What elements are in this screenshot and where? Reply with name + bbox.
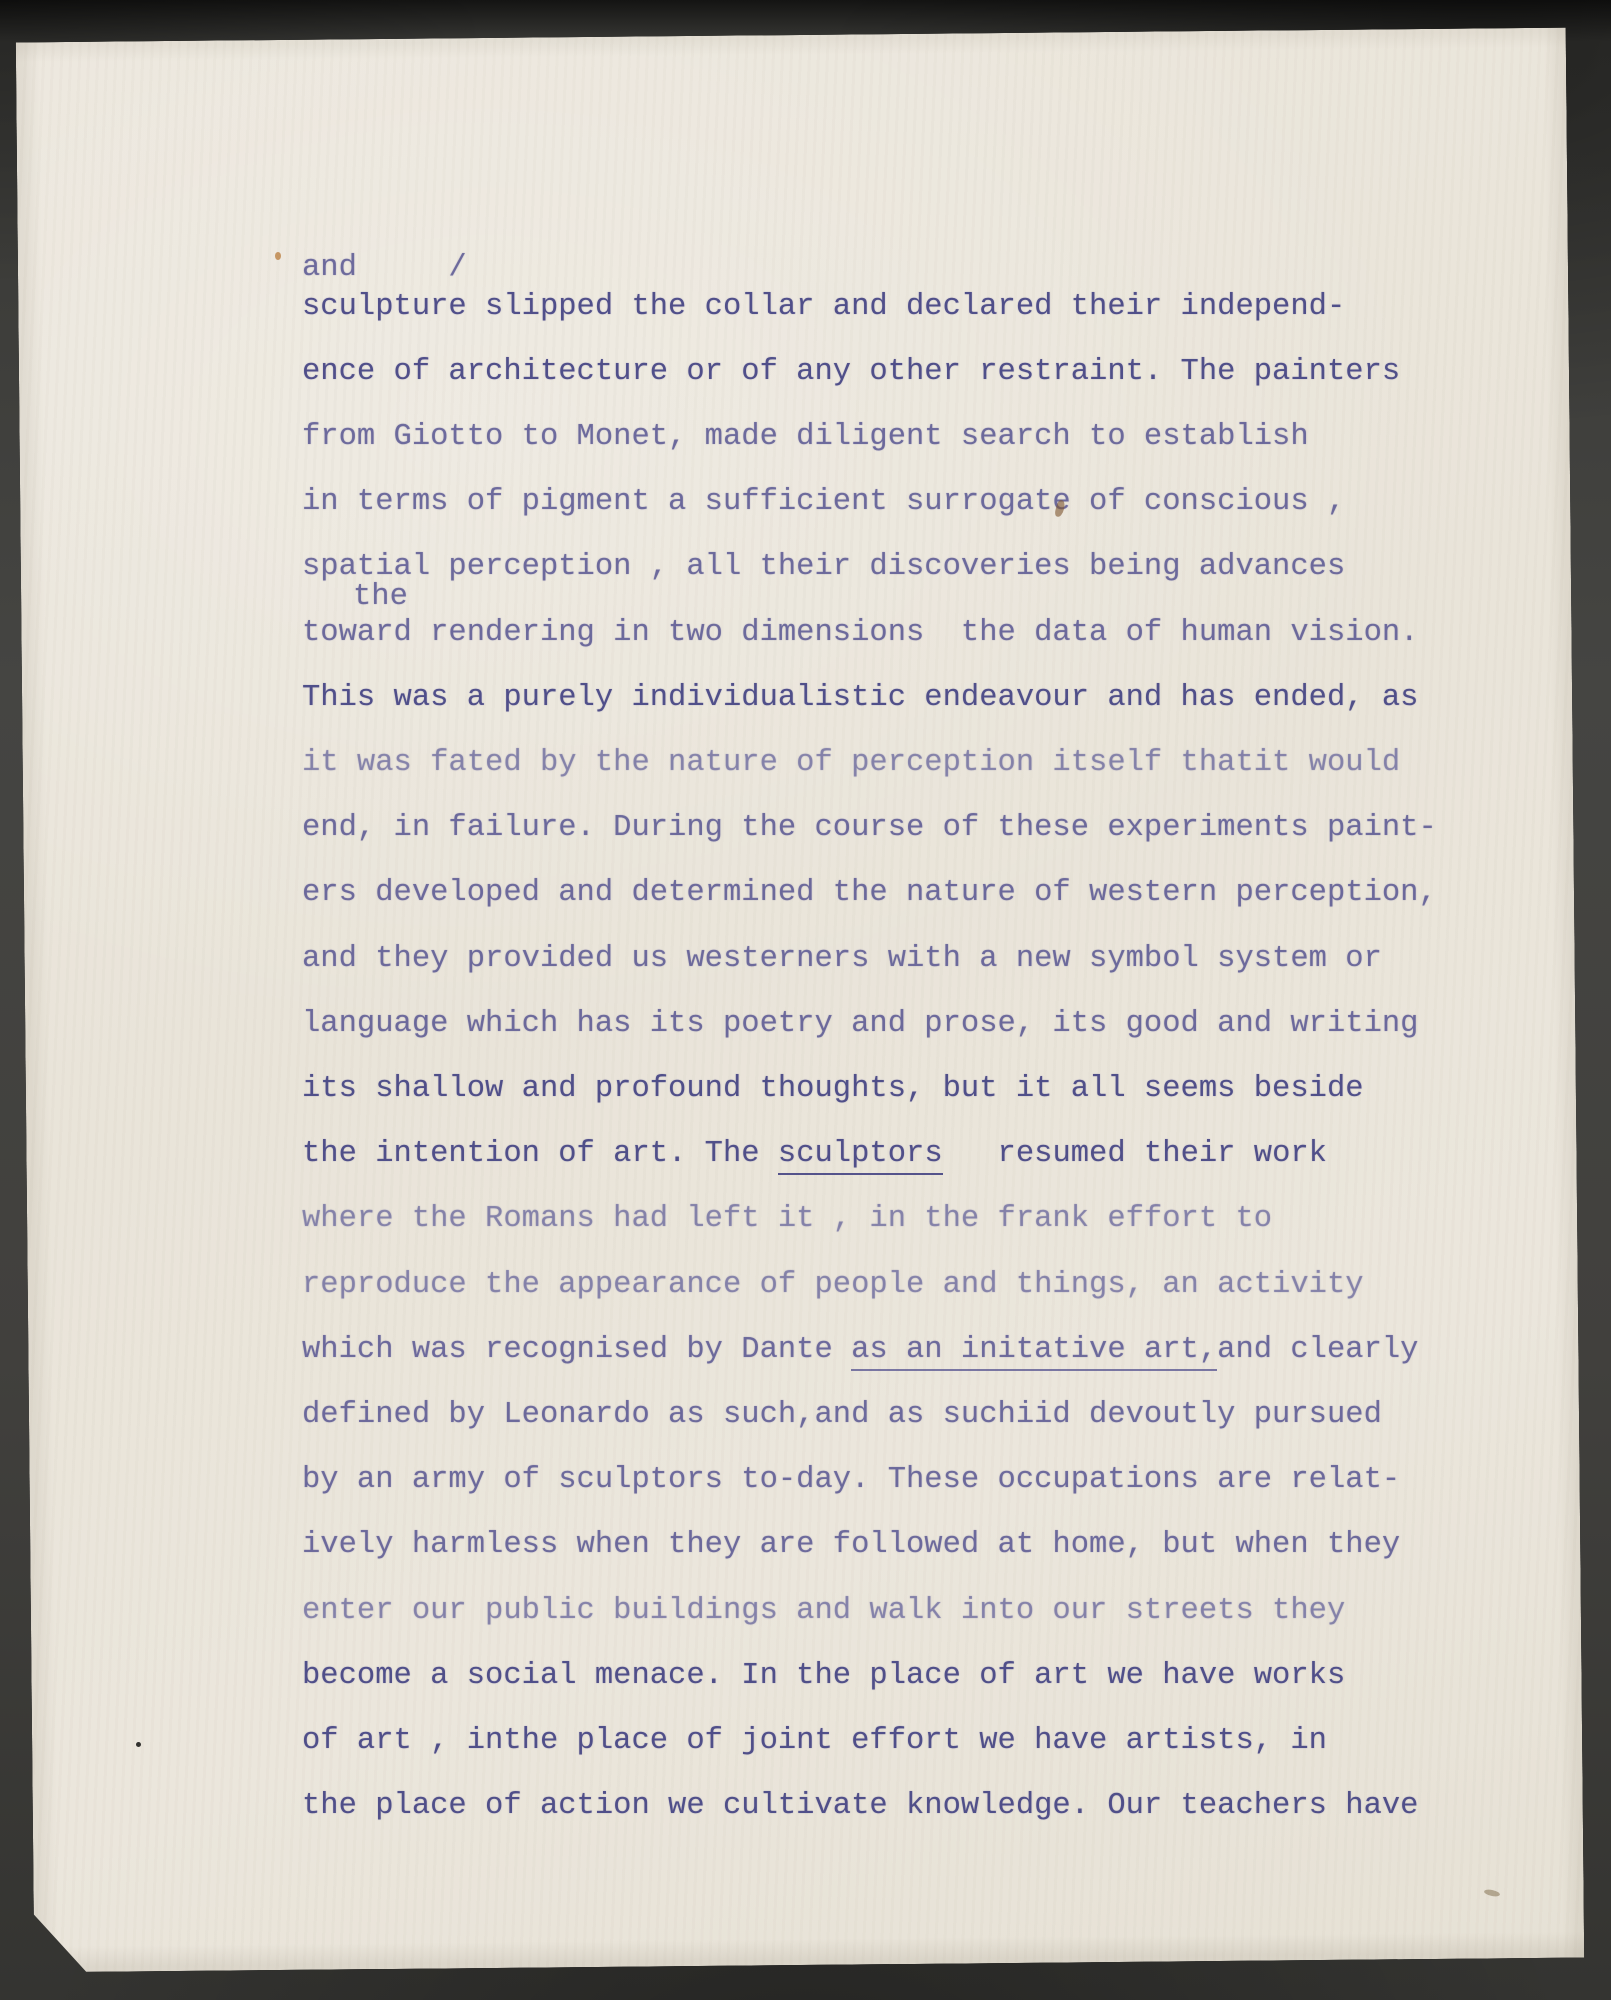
text-line: become a social menace. In the place of …	[302, 1661, 1345, 1692]
text-line: from Giotto to Monet, made diligent sear…	[302, 422, 1309, 453]
underlined-word-sculptors: sculptors	[778, 1137, 943, 1175]
inserted-word-the: the	[353, 582, 408, 613]
text-line: defined by Leonardo as such,and as suchi…	[302, 1400, 1382, 1431]
text-line: This was a purely individualistic endeav…	[302, 683, 1418, 714]
text-line: sculpture slipped the collar and declare…	[302, 292, 1345, 323]
text-line: ence of architecture or of any other res…	[302, 357, 1400, 388]
text-line: which was recognised by Dante as an init…	[302, 1335, 1419, 1366]
text-line: ers developed and determined the nature …	[302, 878, 1437, 909]
text-line: it was fated by the nature of perception…	[302, 748, 1400, 779]
text-segment: and clearly	[1217, 1333, 1418, 1367]
text-line: enter our public buildings and walk into…	[302, 1596, 1345, 1627]
text-line: its shallow and profound thoughts, but i…	[302, 1074, 1364, 1105]
underlined-phrase-initative-art: as an initative art,	[851, 1333, 1217, 1371]
text-line: reproduce the appearance of people and t…	[302, 1270, 1364, 1301]
text-line: end, in failure. During the course of th…	[302, 813, 1437, 844]
text-line: by an army of sculptors to-day. These oc…	[302, 1465, 1400, 1496]
text-line: in terms of pigment a sufficient surroga…	[302, 487, 1345, 518]
scan-background: and / sculpture slipped the collar and d…	[0, 0, 1611, 2000]
text-line: the place of action we cultivate knowled…	[302, 1791, 1418, 1822]
typewritten-text: and / sculpture slipped the collar and d…	[0, 0, 1611, 2000]
text-line: of art , inthe place of joint effort we …	[302, 1726, 1327, 1757]
text-segment: resumed their work	[943, 1137, 1327, 1171]
text-line: where the Romans had left it , in the fr…	[302, 1204, 1272, 1235]
text-line: ively harmless when they are followed at…	[302, 1530, 1400, 1561]
text-segment: the intention of art. The	[302, 1137, 778, 1171]
text-segment: which was recognised by Dante	[302, 1333, 851, 1367]
text-line: language which has its poetry and prose,…	[302, 1009, 1418, 1040]
text-line: spatial perception , all their discoveri…	[302, 552, 1345, 583]
text-line: and they provided us westerners with a n…	[302, 944, 1382, 975]
text-line: toward rendering in two dimensions the d…	[302, 618, 1418, 649]
text-line: the intention of art. The sculptors resu…	[302, 1139, 1327, 1170]
inserted-word-and-slash: and /	[302, 253, 467, 284]
